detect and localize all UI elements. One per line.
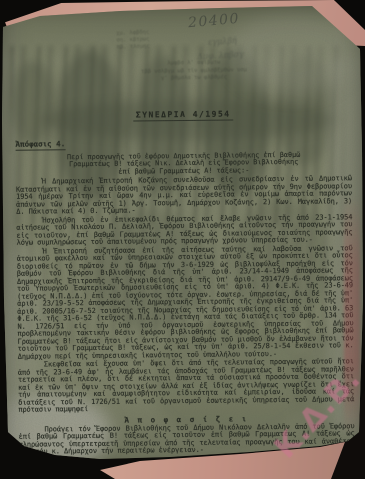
photo-stage: 20400 εγμλβή Δμφ. λπβσγ χμ. λφβδης ση. κ…	[0, 0, 365, 479]
